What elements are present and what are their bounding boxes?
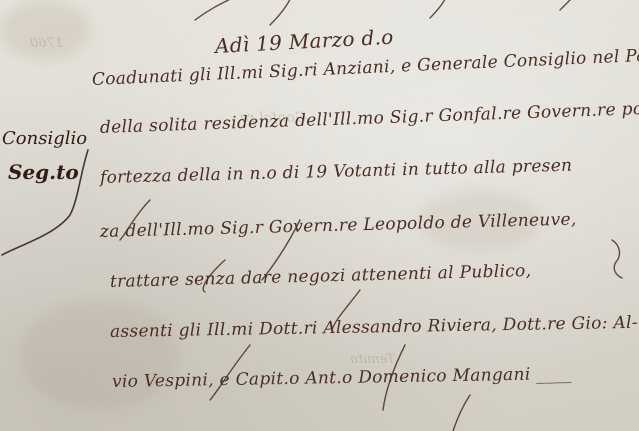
manuscript-page: 1760 Gonfal.re Tenuta Adì 19 Marzo d.o C…	[0, 0, 639, 431]
margin-note-seg: Seg.to	[8, 160, 79, 184]
margin-note-consiglio: Consiglio	[2, 128, 87, 149]
